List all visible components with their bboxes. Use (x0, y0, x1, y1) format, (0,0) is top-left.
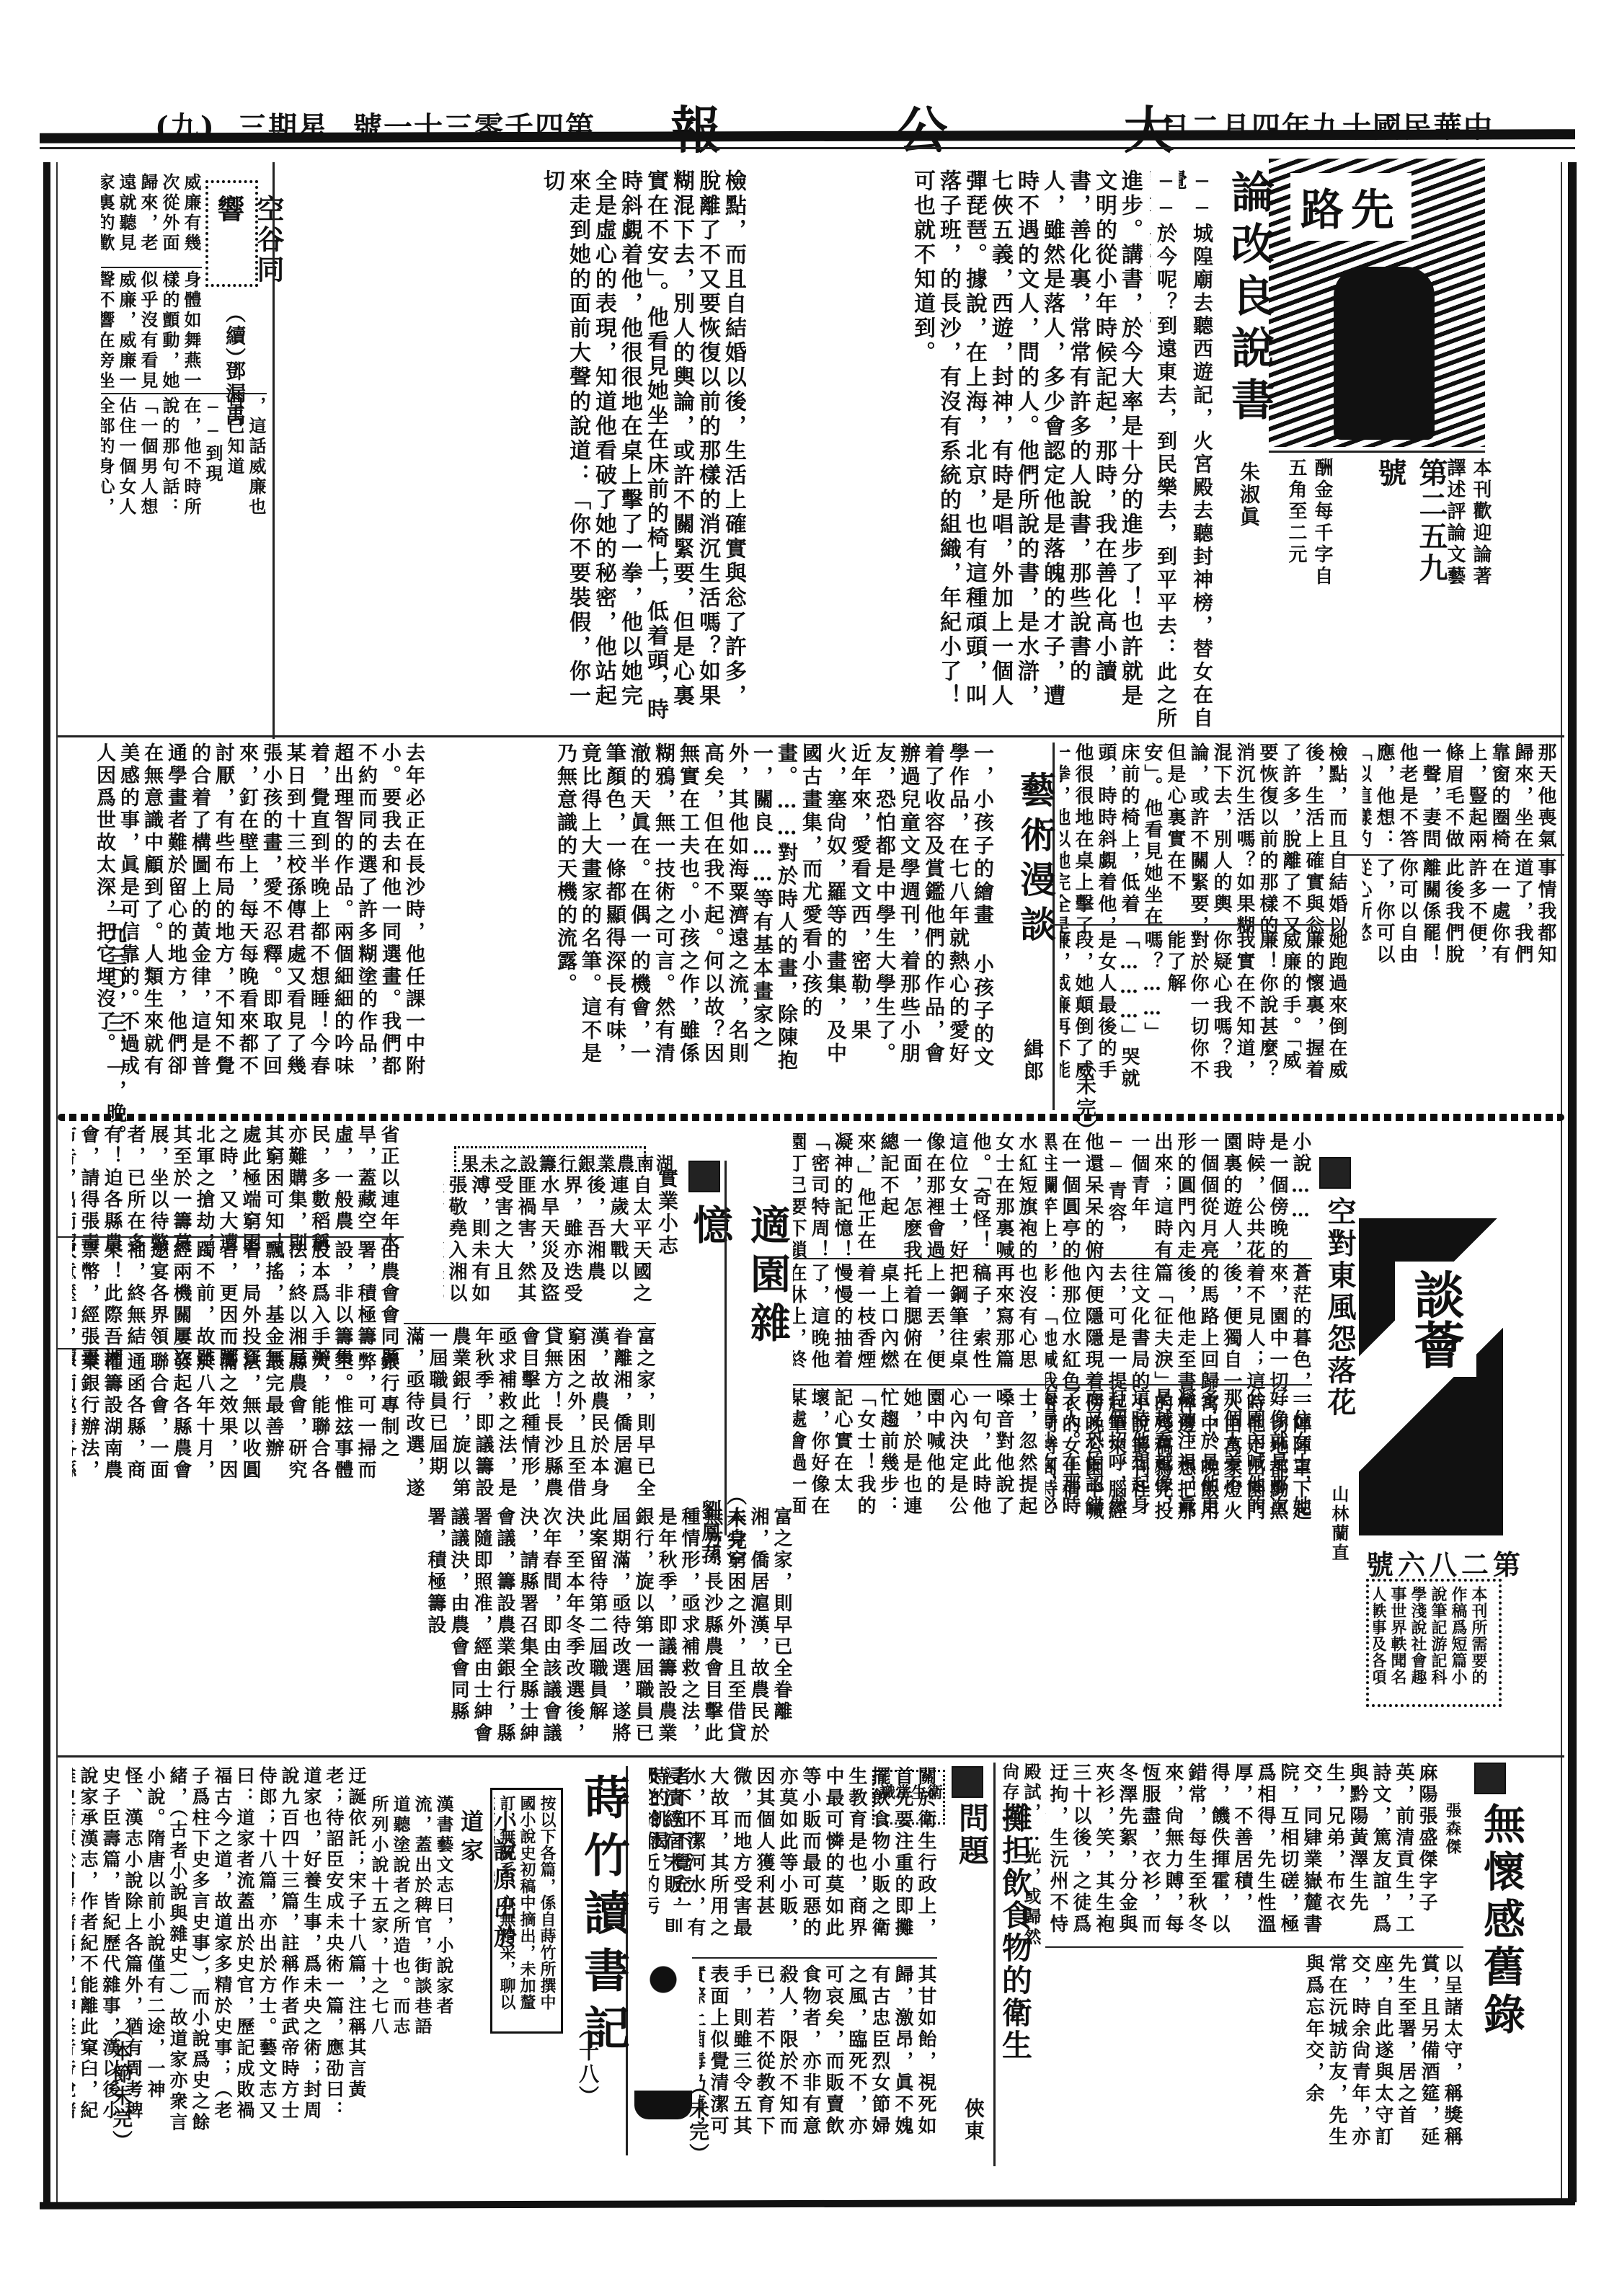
kong-dui-body-3: 一位女士，她好像就是那次公園內喊他的那個人差不多；於是他更凝神注視，眞是越看越像… (1045, 1388, 1312, 1517)
kongu-body-2: 身體如舞燕一樣的顫動，她似乎沒有看見威廉，威廉一聲不響在旁坐了。外面的輿論中，有… (101, 270, 202, 393)
column-rule (272, 162, 275, 739)
article-subtitle-1: ──城隍廟去聽西遊記，火宮殿去聽封神榜，替女在自覺 (1179, 169, 1215, 732)
band-divider-3 (58, 1755, 1564, 1758)
page-border-right-inner (1561, 162, 1562, 2202)
divider (101, 267, 202, 268)
divider (649, 1957, 937, 1959)
section-marker-icon (1319, 1157, 1351, 1189)
shiyuan-title: 適園雜憶 (681, 1204, 797, 1391)
reading-notes-section-title: 小說原出於道家 (454, 1809, 520, 1968)
top-left-body-continuation: 檢點，而且自結婚以後，生活上確實與忩了許多，脫離了不又要恢復以前的那樣的消沉生活… (278, 169, 746, 732)
divider (404, 1323, 656, 1324)
wuhuai-body-1: 麻陽張盛傑字子英，前清貢生，工詩文，篤友誼，爲與黔陽黃澤生先生，兄弟，布衣交，同… (1045, 1763, 1438, 1943)
article-subtitle-2: ──於今呢？到遠東去，到民樂去，到平平去：此之所謂改良說書，亦 (1150, 169, 1179, 732)
wuhuai-title: 無懷感舊錄 (1471, 1802, 1531, 2235)
yishu-date-line: 一九三〇，三，一，晚。 (101, 901, 130, 1147)
divider (1038, 1384, 1312, 1386)
yishu-author: 緝郎 (1018, 1038, 1047, 1083)
divider (1038, 1258, 1312, 1259)
wuhuai-author: 張森傑 (1442, 1802, 1464, 1856)
kongu-title: 空谷同響 (209, 195, 288, 288)
kongu-body-4: 那天他喪氣歸來，坐在靠窗的圈椅上，豎起兩條眉毛不做一聲，妻問他老是不答應，他想：… (1362, 743, 1557, 854)
kongu-body-5: 檢點，而且自結婚以後，生活上確實與忩了許多，脫離了不又要恢復以前的那樣的消沉生活… (1060, 743, 1348, 937)
divider (793, 1384, 1038, 1386)
tanhui-banner-title: 談薈 (1395, 1262, 1476, 1377)
hunan-section: 實業小志 (652, 1168, 681, 1257)
rider-figure (1334, 267, 1435, 440)
kong-dui-title: 空對東風怨落花 (1319, 1197, 1360, 1471)
reading-notes-body-1: 漢書藝文志曰，小說家者流，蓋出於稗官，街談巷語道聽塗說者之所造也。而志所列小說十… (371, 1795, 454, 2055)
divider (1052, 924, 1341, 926)
hunan-heading: 湖南農業銀行籌設之未果 (461, 1149, 675, 1174)
kong-dui-body-5: 也沒有心思再來寫那篇稿子，索性把鋼筆往桌上一丟，便托着腮俯在桌上口內燃着一枝香煙… (793, 1263, 1038, 1382)
hunan-body-5: 銀行專制之弊，可一掃而空。惟玆事體大，能聯合各縣農會，研究最完最善辦法，無以收圓… (72, 1352, 400, 1496)
kong-dui-body-1: 小說…… 是一個傍晚的時候，公共花園裏的遊人，一個個從月亮形的圓門內走出來；這時… (1045, 1132, 1312, 1262)
divider (793, 1258, 1038, 1259)
article-body-lun-gailiang: 進步。講書，於今大率是十分的進步了！也許就是文明的從小年時候記起，那時，我在善化… (750, 169, 1143, 732)
hygiene-body-2: 其甘如飴，視死如歸，激昂，眞不媿有古忠臣烈女節婦之風，臨死不，亦可哀矣，而販賣飲… (699, 1964, 937, 2152)
page-border-left-inner (56, 162, 58, 2202)
hygiene-author: 俠東 (959, 2098, 988, 2142)
wuhuai-body-2: 以呈諸太守，稱獎稱賞，且另備酒筵，延先生至署，居之首座，自此遂與太守訂交，時余尙… (1045, 1954, 1463, 2148)
divider (58, 1348, 404, 1349)
hygiene-body-1: 關於衛生行政上，首先要注重的即攤擺飲食物小販之衛生教育是也，商界中最可憐的莫如此… (649, 1766, 937, 1946)
column-rule (724, 1161, 727, 1535)
kongu-end-mark: （未完） (1071, 1052, 1099, 1142)
kong-dui-body-6: 士，忽然提起嗓音對他說了一句，此時他心內決定是公園中喊他的她，於是也連忙趨前幾步… (793, 1388, 1038, 1517)
hunan-body-2: 富之家，則早已全眷離湘，僑居滬漢，故農民於本身窮困之外，且至借貸無方！長沙縣農會… (404, 1326, 656, 1499)
xianlu-banner-title: 先路 (1290, 173, 1412, 241)
yishu-title: 藝術漫談 (1009, 771, 1061, 988)
kongu-body-7: 她跑過來倒在威廉的懷裏，握着威廉的手。「威廉！你說甚麼？我實在不知道，你疑心我嗎… (1060, 930, 1348, 1096)
section-marker-icon (688, 1161, 720, 1192)
section-marker-icon (1474, 1763, 1506, 1794)
flower-vase-ornament (634, 1932, 692, 2119)
section-marker-icon (952, 1766, 983, 1798)
xianlu-issue-label: 第二五九號 (1370, 458, 1452, 595)
xianlu-notice-2: 酬金每千字自五角至二元 (1283, 458, 1335, 588)
tanhui-banner-illustration: 談薈 (1359, 1218, 1503, 1535)
kong-dui-author: 山林蘭直 (1326, 1485, 1352, 1563)
divider (1045, 1946, 1463, 1948)
tanhui-issue-label: 第二八六號 (1366, 1543, 1525, 1582)
divider (58, 1236, 404, 1238)
yishu-body-main: 一，小孩子的繪畫 小孩子的文學作品，在七八年就熱心的愛好着了收容及賞鑑他們的作品… (433, 743, 995, 1081)
band-divider-1 (58, 735, 1564, 737)
hygiene-body-3: 者不知不覺充一時的飢渴， (634, 1766, 692, 1918)
ornamental-divider (58, 1114, 1564, 1121)
page-border-left (43, 162, 50, 2202)
hunan-body-4: 由農會會同縣署，積極籌設，非以籌集股本爲入手辦法；終以湘局飄搖，基金無着，局外投… (72, 1240, 400, 1370)
kongu-body-3: ，這話威廉也早已知道──到現在，他不時所說的那句話：「一個男人想佔住一個女人全部… (101, 396, 267, 519)
divider (1269, 451, 1485, 453)
kongu-body-1: 威廉有幾次從外面歸來，老遠就聽見家裏的歡笑聲，他進了門，才知道妻和朋友們談得正高… (101, 173, 202, 267)
hygiene-title: 攤担飲食物的衛生問題 (950, 1802, 1037, 2062)
divider (1341, 854, 1564, 856)
hunan-body-continuation: 富之家，則早已全眷離湘，僑居滬漢，故農民於本身窮困之外，且至借貸無方！長沙縣農會… (72, 1507, 793, 1745)
kong-dui-body-4: 水紅短旗袍的女士在那裏喊他。「奇怪！這位女士，好像在那裡會過一面，怎麽我總記不起… (793, 1132, 1038, 1262)
masthead-rule-thin (40, 147, 1575, 149)
hunan-body-1: 自太平天國之連歲大戰以後，吾湘農界，雖亦迭受水旱天災及盜匪禍害，然其受害之大且溥… (443, 1175, 652, 1319)
reading-notes-end-mark: （本節未完） (107, 2018, 136, 2153)
divider (101, 393, 267, 394)
page-bottom-rule (40, 2198, 1575, 2209)
reading-notes-number: （十八） (573, 2018, 602, 2108)
page-border-right (1568, 162, 1577, 2202)
tanhui-notice: 本刊所需要的作稿爲短篇小說筆記游記科學淺說社會趣事世界軼聞名人軼事及各項有趣味之… (1373, 1586, 1489, 1694)
xianlu-banner-illustration: 先路 (1269, 159, 1485, 447)
kongu-body-6: 事情我都知道了，我們在一處你有許多不便，此後我們脫離關係罷！你可以自由了，你可以… (1362, 858, 1557, 970)
article-author-zhu: 朱淑眞 (1234, 461, 1263, 548)
article-title-lun-gailiang: 論改良說書 (1218, 169, 1280, 479)
